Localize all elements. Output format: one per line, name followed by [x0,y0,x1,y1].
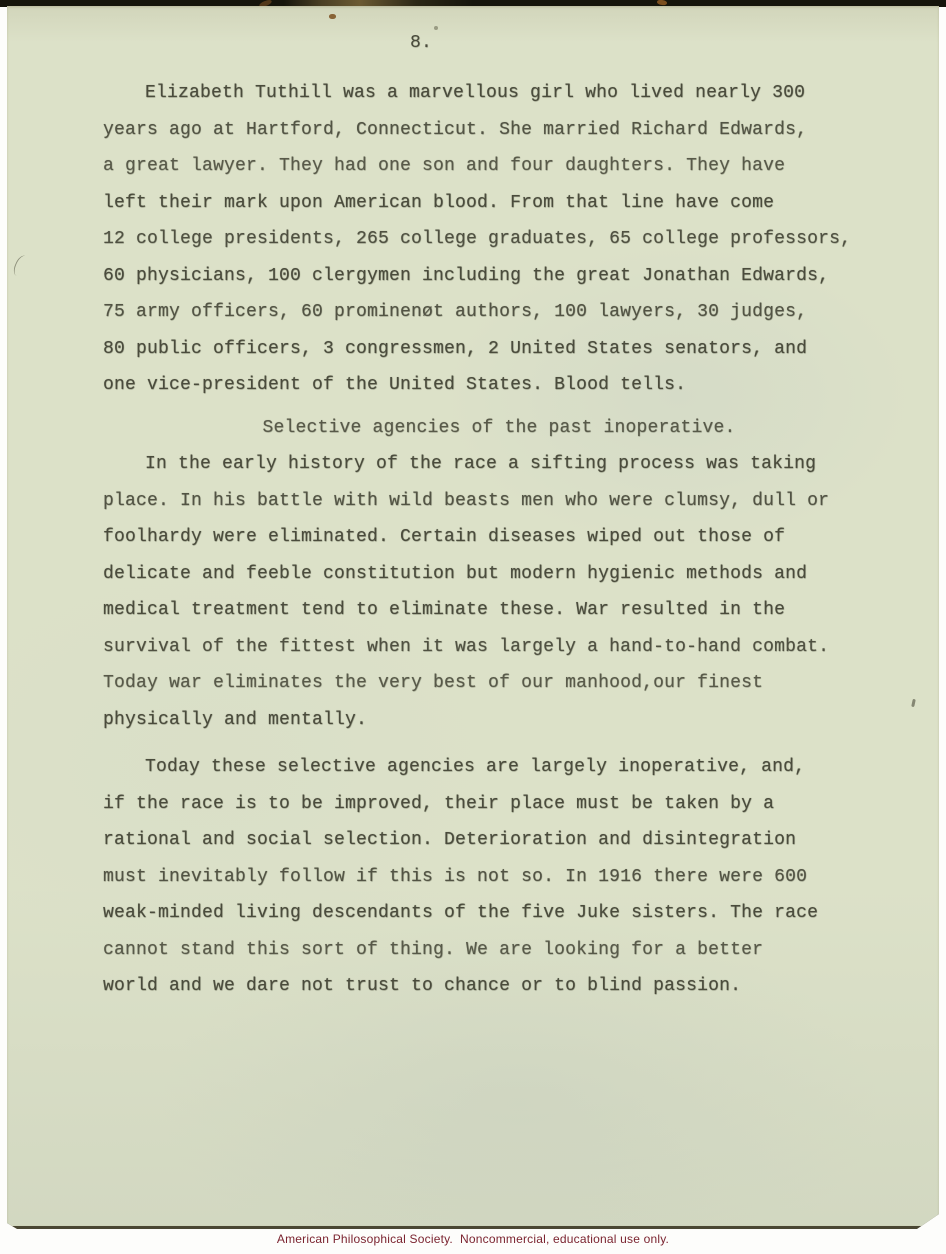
paper-surface: 8. Elizabeth Tuthill was a marvellous gi… [7,6,939,1226]
page-number: 8. [410,33,432,53]
typed-line: Today war eliminates the very best of ou… [103,665,869,702]
typed-line: one vice-president of the United States.… [103,367,869,404]
typed-line: 60 physicians, 100 clergymen including t… [103,258,869,295]
typed-line: delicate and feeble constitution but mod… [103,556,869,593]
typed-line: survival of the fittest when it was larg… [103,629,869,666]
typed-line: a great lawyer. They had one son and fou… [103,148,869,185]
typed-line: rational and social selection. Deteriora… [103,822,869,859]
typed-line: years ago at Hartford, Connecticut. She … [103,112,869,149]
typed-line: place. In his battle with wild beasts me… [103,483,869,520]
ink-dot [434,26,438,30]
typed-line: world and we dare not trust to chance or… [103,968,869,1005]
typed-line: foolhardy were eliminated. Certain disea… [103,519,869,556]
scan-top-edge [0,0,946,7]
typed-line: weak-minded living descendants of the fi… [103,895,869,932]
typed-text-block: Elizabeth Tuthill was a marvellous girl … [103,75,869,1005]
typed-line: Elizabeth Tuthill was a marvellous girl … [103,75,869,112]
typed-line: must inevitably follow if this is not so… [103,859,869,896]
typed-line: physically and mentally. [103,702,869,739]
typed-line: 80 public officers, 3 congressmen, 2 Uni… [103,331,869,368]
typed-line: cannot stand this sort of thing. We are … [103,932,869,969]
paper-speck [329,14,336,19]
stray-ink-mark [911,699,916,707]
section-heading: Selective agencies of the past inoperati… [103,410,869,447]
paper-sheet: 8. Elizabeth Tuthill was a marvellous gi… [7,6,939,1229]
typed-line: medical treatment tend to eliminate thes… [103,592,869,629]
scan-hair-artifact [11,254,31,279]
archive-credit-line: American Philosophical Society. Noncomme… [0,1232,946,1254]
typed-line: if the race is to be improved, their pla… [103,786,869,823]
typed-line: left their mark upon American blood. Fro… [103,185,869,222]
typed-line: 75 army officers, 60 prominenøt authors,… [103,294,869,331]
typed-line: Today these selective agencies are large… [103,749,869,786]
typed-line: 12 college presidents, 265 college gradu… [103,221,869,258]
typed-line: In the early history of the race a sifti… [103,446,869,483]
